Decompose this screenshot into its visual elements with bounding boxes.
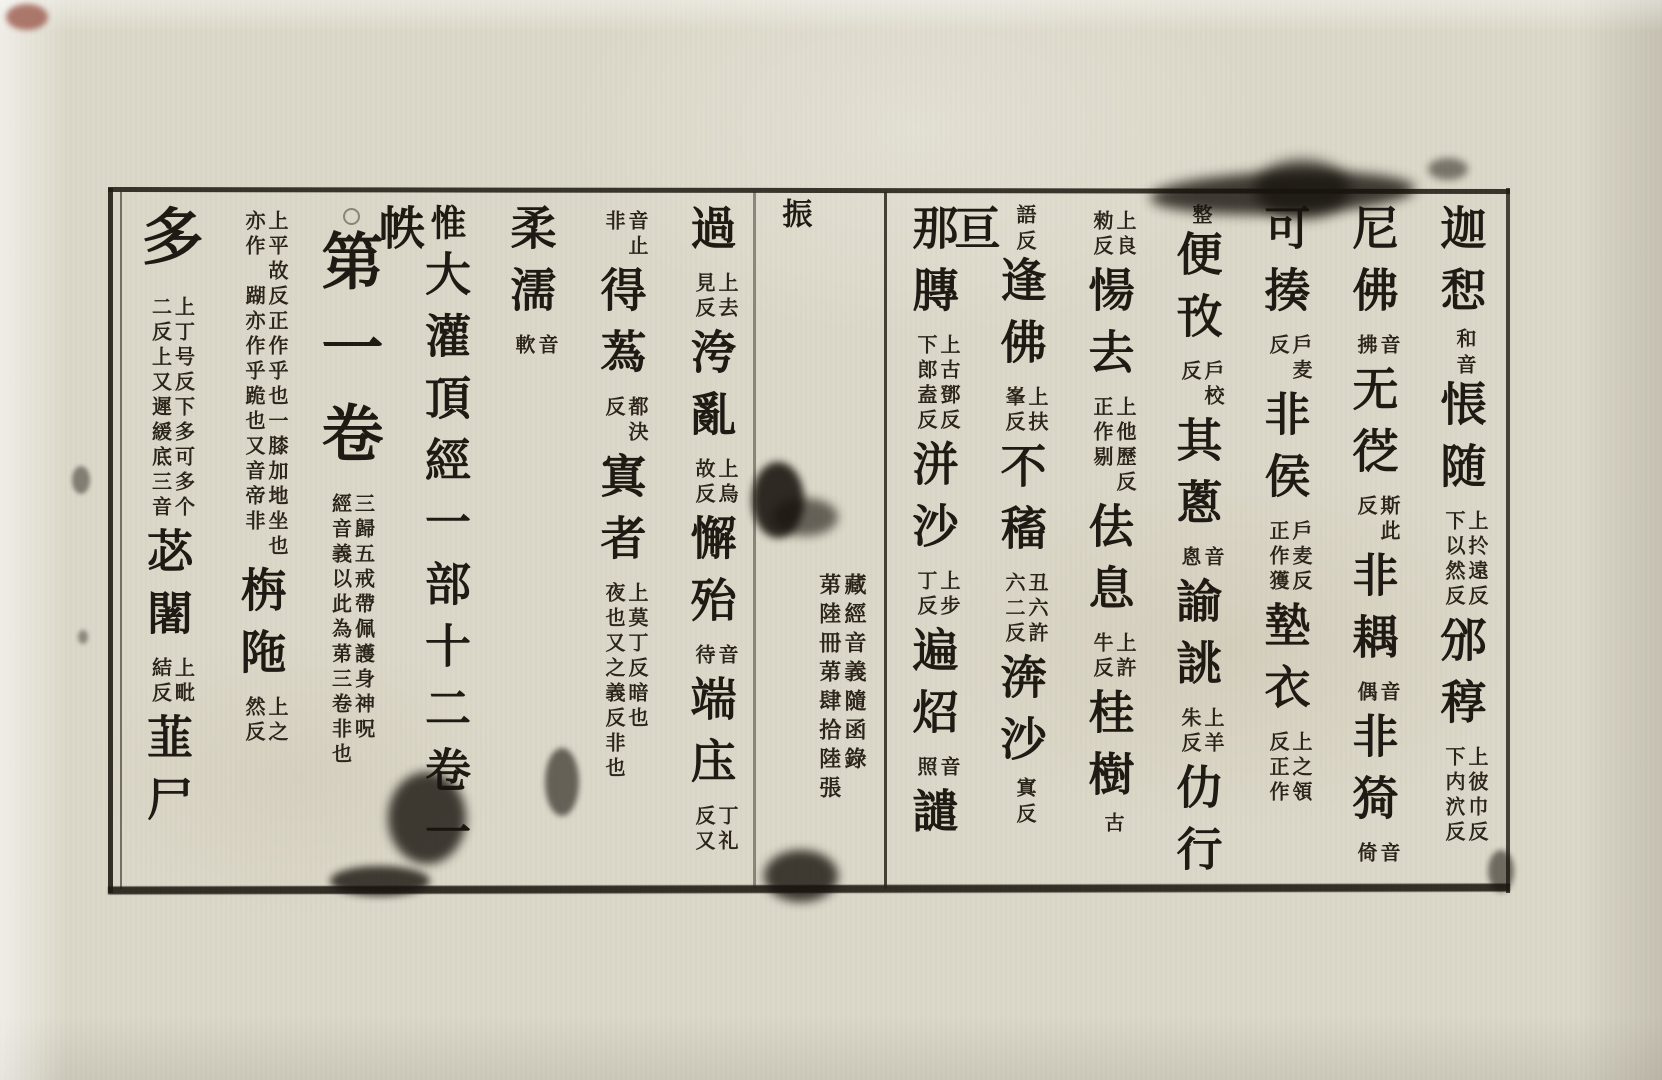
entry-headword: 墊衣: [1258, 601, 1312, 725]
gloss-line: 丑六許: [1025, 572, 1048, 647]
gloss-line: 上平故反正作乎也一膝加地坐也: [265, 210, 288, 560]
entry-headword: 邠稕: [1434, 616, 1488, 740]
gloss-line: 音: [1377, 334, 1400, 359]
ink-speckle: [78, 630, 88, 644]
gloss-line: 反: [1354, 495, 1377, 545]
entry-gloss: 音待: [692, 644, 738, 669]
banner-line-left: 苐陸冊苐肆拾陸張: [815, 573, 840, 805]
entry-gloss: 戶校反: [1178, 360, 1224, 410]
gloss-line: 反又: [692, 805, 715, 855]
gloss-line: 二反上又遲緩底三音: [149, 296, 172, 521]
entry-gloss: 語反: [1013, 204, 1037, 256]
gloss-line: 上之: [265, 696, 288, 746]
spacer: [836, 198, 837, 548]
ink-blob: [1488, 850, 1514, 892]
entry-headword: 𨁝坭: [234, 752, 288, 876]
gloss-line: 上毗: [172, 657, 195, 707]
banner-column: 藏經音義隨函錄 苐陸冊苐肆拾陸張 振: [756, 198, 884, 888]
entry-headword: 非猗: [1346, 712, 1400, 836]
gloss-line: 上烏: [715, 458, 738, 508]
gloss-line: 三歸五戒帶佩護身神呪: [352, 493, 375, 768]
gloss-line: 亦作𨁝䠒亦作乎跪也又音帝非: [242, 210, 265, 560]
entry-gloss: 斯此反: [1354, 495, 1400, 545]
entry-headword: 便攼: [1170, 230, 1224, 354]
frame-border-left: [108, 188, 113, 893]
entry-gloss: 上毗結反: [149, 657, 195, 707]
ink-blob: [388, 772, 466, 864]
entry-headword: 遍炤: [906, 626, 960, 750]
entry-headword: 懈殆: [684, 514, 738, 638]
text-column-3: 可揍戶麦反非侯戶麦反正作獲墊衣上之領反正作: [1238, 198, 1326, 888]
text-column-12: 第一卷三歸五戒帶佩護身神呪經音義以此為苐三卷非也: [302, 198, 392, 888]
text-column-13: 上平故反正作乎也一膝加地坐也亦作𨁝䠒亦作乎跪也又音帝非栴陁上之然反𨁝坭: [212, 198, 302, 888]
gloss-line: 音: [1201, 546, 1224, 571]
entry-headword: 愓去: [1082, 266, 1136, 390]
entry-gloss: 音軟: [512, 334, 558, 359]
gloss-line: 經音義以此為苐三卷非也: [329, 493, 352, 768]
entry-gloss: 音倚: [1354, 842, 1400, 867]
entry-headword: 非耦: [1346, 551, 1400, 675]
entry-headword: 迦惒: [1434, 204, 1488, 328]
gloss-line: 音止: [625, 210, 648, 260]
banner-line-right: 藏經音義隨函錄: [841, 573, 866, 805]
text-column-4: 整便攼戶校反其蔥音悤諭誂上羊朱反仂行: [1150, 198, 1238, 888]
gloss-line: 戶校: [1201, 360, 1224, 410]
reading-mark: [343, 208, 360, 225]
text-column-9: 音止非得蒍都決反寘者上莫丁反暗也夜也又之義反非也: [572, 198, 662, 888]
gloss-line: 見反: [692, 272, 715, 322]
entry-headword: 第一卷: [311, 229, 384, 487]
gloss-line: 下郎盍反: [914, 334, 937, 434]
entry-gloss: 上之領反正作: [1266, 731, 1312, 806]
gloss-line: 丁礼: [715, 805, 738, 855]
gloss-line: 夜也又之義反非也: [602, 582, 625, 782]
entry-headword: 悵随: [1434, 380, 1488, 504]
text-column-8: 過上去見反洿亂上烏故反懈殆音待端庒丁礼反又: [662, 198, 752, 888]
gloss-line: 偶: [1354, 681, 1377, 706]
entry-gloss: 上丁号反下多可多个二反上又遲緩底三音: [149, 296, 195, 521]
gloss-line: 上他歷反: [1113, 396, 1136, 496]
gloss-line: 上羊: [1201, 707, 1224, 757]
entry-gloss: 寘反: [1013, 777, 1037, 829]
entry-gloss: 戶麦反: [1266, 334, 1312, 384]
gloss-line: 六二反: [1002, 572, 1025, 647]
entry-headword: 洿亂: [684, 328, 738, 452]
scanned-page: 迦惒和音悵随上扵遠反下以然反邠稕上彼巾反下内泬反尼佛音拂无徔斯此反非耦音偶非猗音…: [0, 0, 1662, 1080]
entry-headword: 那膞: [906, 204, 960, 328]
gloss-line: 音: [937, 756, 960, 781]
entry-headword: 諭誂: [1170, 577, 1224, 701]
gloss-line: 上扵遠反: [1465, 510, 1488, 610]
entry-gloss: 和音: [1453, 328, 1477, 380]
gloss-line: 斯此: [1377, 495, 1400, 545]
entry-headword: 不稸: [994, 442, 1048, 566]
gloss-line: 反正作: [1266, 731, 1289, 806]
gloss-line: 結反: [149, 657, 172, 707]
entry-gloss: 上扶峯反: [1002, 386, 1048, 436]
gloss-line: 反: [602, 396, 625, 446]
right-text-block: 迦惒和音悵随上扵遠反下以然反邠稕上彼巾反下内泬反尼佛音拂无徔斯此反非耦音偶非猗音…: [886, 198, 1502, 888]
entry-headword: 桂樹: [1082, 688, 1136, 812]
gloss-line: 倚: [1354, 842, 1377, 867]
entry-headword: 譴: [906, 787, 960, 849]
entry-headword: 得蒍: [594, 266, 648, 390]
ink-blob: [545, 748, 579, 816]
gloss-line: 拂: [1354, 334, 1377, 359]
entry-headword: 非侯: [1258, 390, 1312, 514]
entry-headword: 苾闍: [140, 527, 194, 651]
entry-headword: 渀沙: [994, 653, 1048, 777]
entry-headword: 可揍: [1258, 204, 1312, 328]
gloss-line: 音: [1377, 681, 1400, 706]
entry-headword: 惟: [425, 204, 466, 250]
entry-gloss: 上羊朱反: [1178, 707, 1224, 757]
entry-gloss: 上許牛反: [1090, 632, 1136, 682]
entry-headword: 无徔: [1346, 365, 1400, 489]
gloss-line: 反: [1266, 334, 1289, 384]
gloss-line: 上良: [1113, 210, 1136, 260]
entry-gloss: 上良勑反: [1090, 210, 1136, 260]
gloss-line: 上步: [937, 570, 960, 620]
entry-gloss: 戶麦反正作獲: [1266, 520, 1312, 595]
gloss-line: 正作剔: [1090, 396, 1113, 496]
entry-headword: 多: [131, 204, 204, 290]
entry-gloss: 上莫丁反暗也夜也又之義反非也: [602, 582, 648, 782]
entry-gloss: 丁礼反又: [692, 805, 738, 855]
gloss-line: 上彼巾反: [1465, 746, 1488, 846]
text-column-7: 那膞上古鄧反下郎盍反洴沙上步丁反遍炤音照譴: [886, 198, 974, 888]
gloss-line: 照: [914, 756, 937, 781]
entry-gloss: 上烏故反: [692, 458, 738, 508]
entry-gloss: 三歸五戒帶佩護身神呪經音義以此為苐三卷非也: [329, 493, 375, 768]
gloss-line: 上許: [1113, 632, 1136, 682]
entry-headword: 洴沙: [906, 440, 960, 564]
gloss-line: 戶麦: [1289, 334, 1312, 384]
text-frame: 迦惒和音悵随上扵遠反下以然反邠稕上彼巾反下内泬反尼佛音拂无徔斯此反非耦音偶非猗音…: [108, 188, 1510, 893]
entry-gloss: 上他歷反正作剔: [1090, 396, 1136, 496]
entry-headword: 過: [684, 204, 738, 266]
gloss-line: 上扶: [1025, 386, 1048, 436]
entry-gloss: 音悤: [1178, 546, 1224, 571]
entry-gloss: 上彼巾反下内泬反: [1442, 746, 1488, 846]
ink-speckle: [1428, 158, 1468, 180]
text-column-2: 尼佛音拂无徔斯此反非耦音偶非猗音倚: [1326, 198, 1414, 888]
gloss-line: 正作獲: [1266, 520, 1289, 595]
red-mark: [6, 4, 48, 30]
gloss-line: 上去: [715, 272, 738, 322]
gloss-line: 上丁号反下多可多个: [172, 296, 195, 521]
text-column-1: 迦惒和音悵随上扵遠反下以然反邠稕上彼巾反下内泬反: [1414, 198, 1502, 888]
entry-headword: 栴陁: [234, 566, 288, 690]
gloss-line: 故反: [692, 458, 715, 508]
gloss-line: 悤: [1178, 546, 1201, 571]
text-column-6: 語反逢佛上扶峯反不稸丑六許六二反渀沙寘反亘: [974, 198, 1062, 888]
gloss-line: 軟: [512, 334, 535, 359]
entry-gloss: 上古鄧反下郎盍反: [914, 334, 960, 434]
entry-headword: 端庒: [684, 675, 738, 799]
entry-headword: 韮尸: [140, 713, 194, 837]
entry-headword: 逢佛: [994, 256, 1048, 380]
ink-blob: [764, 850, 838, 902]
gloss-line: 峯反: [1002, 386, 1025, 436]
entry-gloss: 音偶: [1354, 681, 1400, 706]
gloss-line: 音: [715, 644, 738, 669]
gloss-line: 反: [1178, 360, 1201, 410]
entry-headword: 其蔥: [1170, 416, 1224, 540]
entry-gloss: 音止非: [602, 210, 648, 260]
ink-blob: [330, 866, 430, 896]
gloss-line: 待: [692, 644, 715, 669]
ink-blob: [1255, 160, 1350, 218]
gloss-line: 音: [1377, 842, 1400, 867]
gloss-line: 非: [602, 210, 625, 260]
banner-title: 藏經音義隨函錄 苐陸冊苐肆拾陸張: [815, 573, 866, 805]
entry-gloss: 上平故反正作乎也一膝加地坐也亦作𨁝䠒亦作乎跪也又音帝非: [242, 210, 288, 560]
entry-headword: 仂行: [1170, 763, 1224, 887]
ink-speckle: [72, 466, 90, 494]
gloss-line: 下以然反: [1442, 510, 1465, 610]
text-column-14: 多上丁号反下多可多个二反上又遲緩底三音苾闍上毗結反韮尸: [122, 198, 212, 888]
entry-gloss: 丑六許六二反: [1002, 572, 1048, 647]
entry-gloss: 上扵遠反下以然反: [1442, 510, 1488, 610]
gloss-line: 都決: [625, 396, 648, 446]
text-column-5: 上良勑反愓去上他歷反正作剔佉息上許牛反桂樹古: [1062, 198, 1150, 888]
spacer: [836, 830, 837, 846]
entry-gloss: 音拂: [1354, 334, 1400, 359]
entry-gloss: 上去見反: [692, 272, 738, 322]
gloss-line: 音: [535, 334, 558, 359]
entry-headword: 寘者: [594, 452, 648, 576]
entry-gloss: 古: [1101, 812, 1125, 838]
entry-headword: 佉息: [1082, 502, 1136, 626]
entry-headword: 尼佛: [1346, 204, 1400, 328]
frame-border-right: [1506, 188, 1510, 893]
gloss-line: 上古鄧反: [937, 334, 960, 434]
entry-gloss: 音照: [914, 756, 960, 781]
entry-headword: 柔濡: [504, 204, 558, 328]
collation-mark: 振: [776, 198, 811, 228]
ink-blob: [772, 498, 838, 536]
entry-gloss: 上步丁反: [914, 570, 960, 620]
gloss-line: 丁反: [914, 570, 937, 620]
entry-gloss: 上之然反: [242, 696, 288, 746]
gloss-line: 下内泬反: [1442, 746, 1465, 846]
entry-gloss: 都決反: [602, 396, 648, 446]
gloss-line: 上之領: [1289, 731, 1312, 806]
gloss-line: 牛反: [1090, 632, 1113, 682]
gloss-line: 朱反: [1178, 707, 1201, 757]
gloss-line: 戶麦反: [1289, 520, 1312, 595]
gloss-line: 上莫丁反暗也: [625, 582, 648, 782]
gloss-line: 然反: [242, 696, 265, 746]
gloss-line: 勑反: [1090, 210, 1113, 260]
